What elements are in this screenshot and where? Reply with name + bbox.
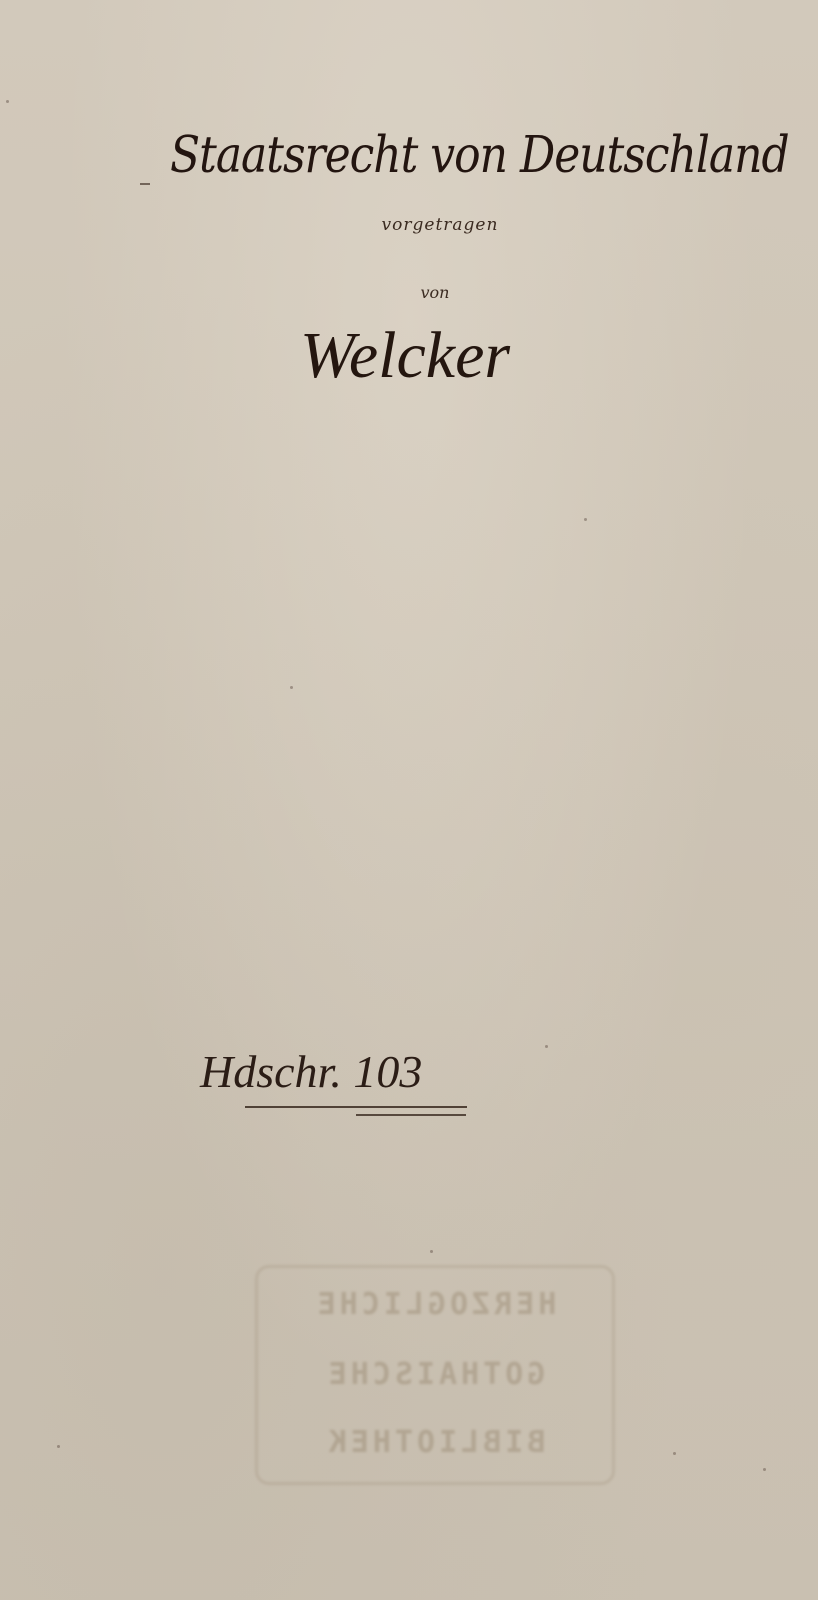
paper-speck	[673, 1452, 676, 1455]
paper-speck	[584, 518, 587, 521]
shelfmark: Hdschr. 103	[200, 1045, 470, 1098]
shelfmark-underline-secondary	[356, 1114, 466, 1116]
stamp-line-3: BIBLIOTHEK	[255, 1425, 615, 1460]
manuscript-page: Staatsrecht von Deutschland vorgetragen …	[0, 0, 818, 1600]
paper-speck	[545, 1045, 548, 1048]
shelfmark-underline	[245, 1106, 467, 1108]
stamp-line-1: HERZOGLICHE	[255, 1287, 615, 1322]
stamp-line-2: GOTHAISCHE	[255, 1357, 615, 1392]
paper-speck	[290, 686, 293, 689]
paper-speck	[57, 1445, 60, 1448]
paper-speck	[6, 100, 9, 103]
document-subtitle: vorgetragen	[330, 215, 550, 235]
document-title: Staatsrecht von Deutschland	[170, 126, 690, 185]
paper-speck	[430, 1250, 433, 1253]
margin-dash	[140, 183, 150, 185]
author-preposition: von	[385, 283, 485, 302]
author-name: Welcker	[265, 318, 545, 394]
library-stamp-offset: HERZOGLICHE GOTHAISCHE BIBLIOTHEK	[255, 1265, 615, 1485]
paper-speck	[763, 1468, 766, 1471]
